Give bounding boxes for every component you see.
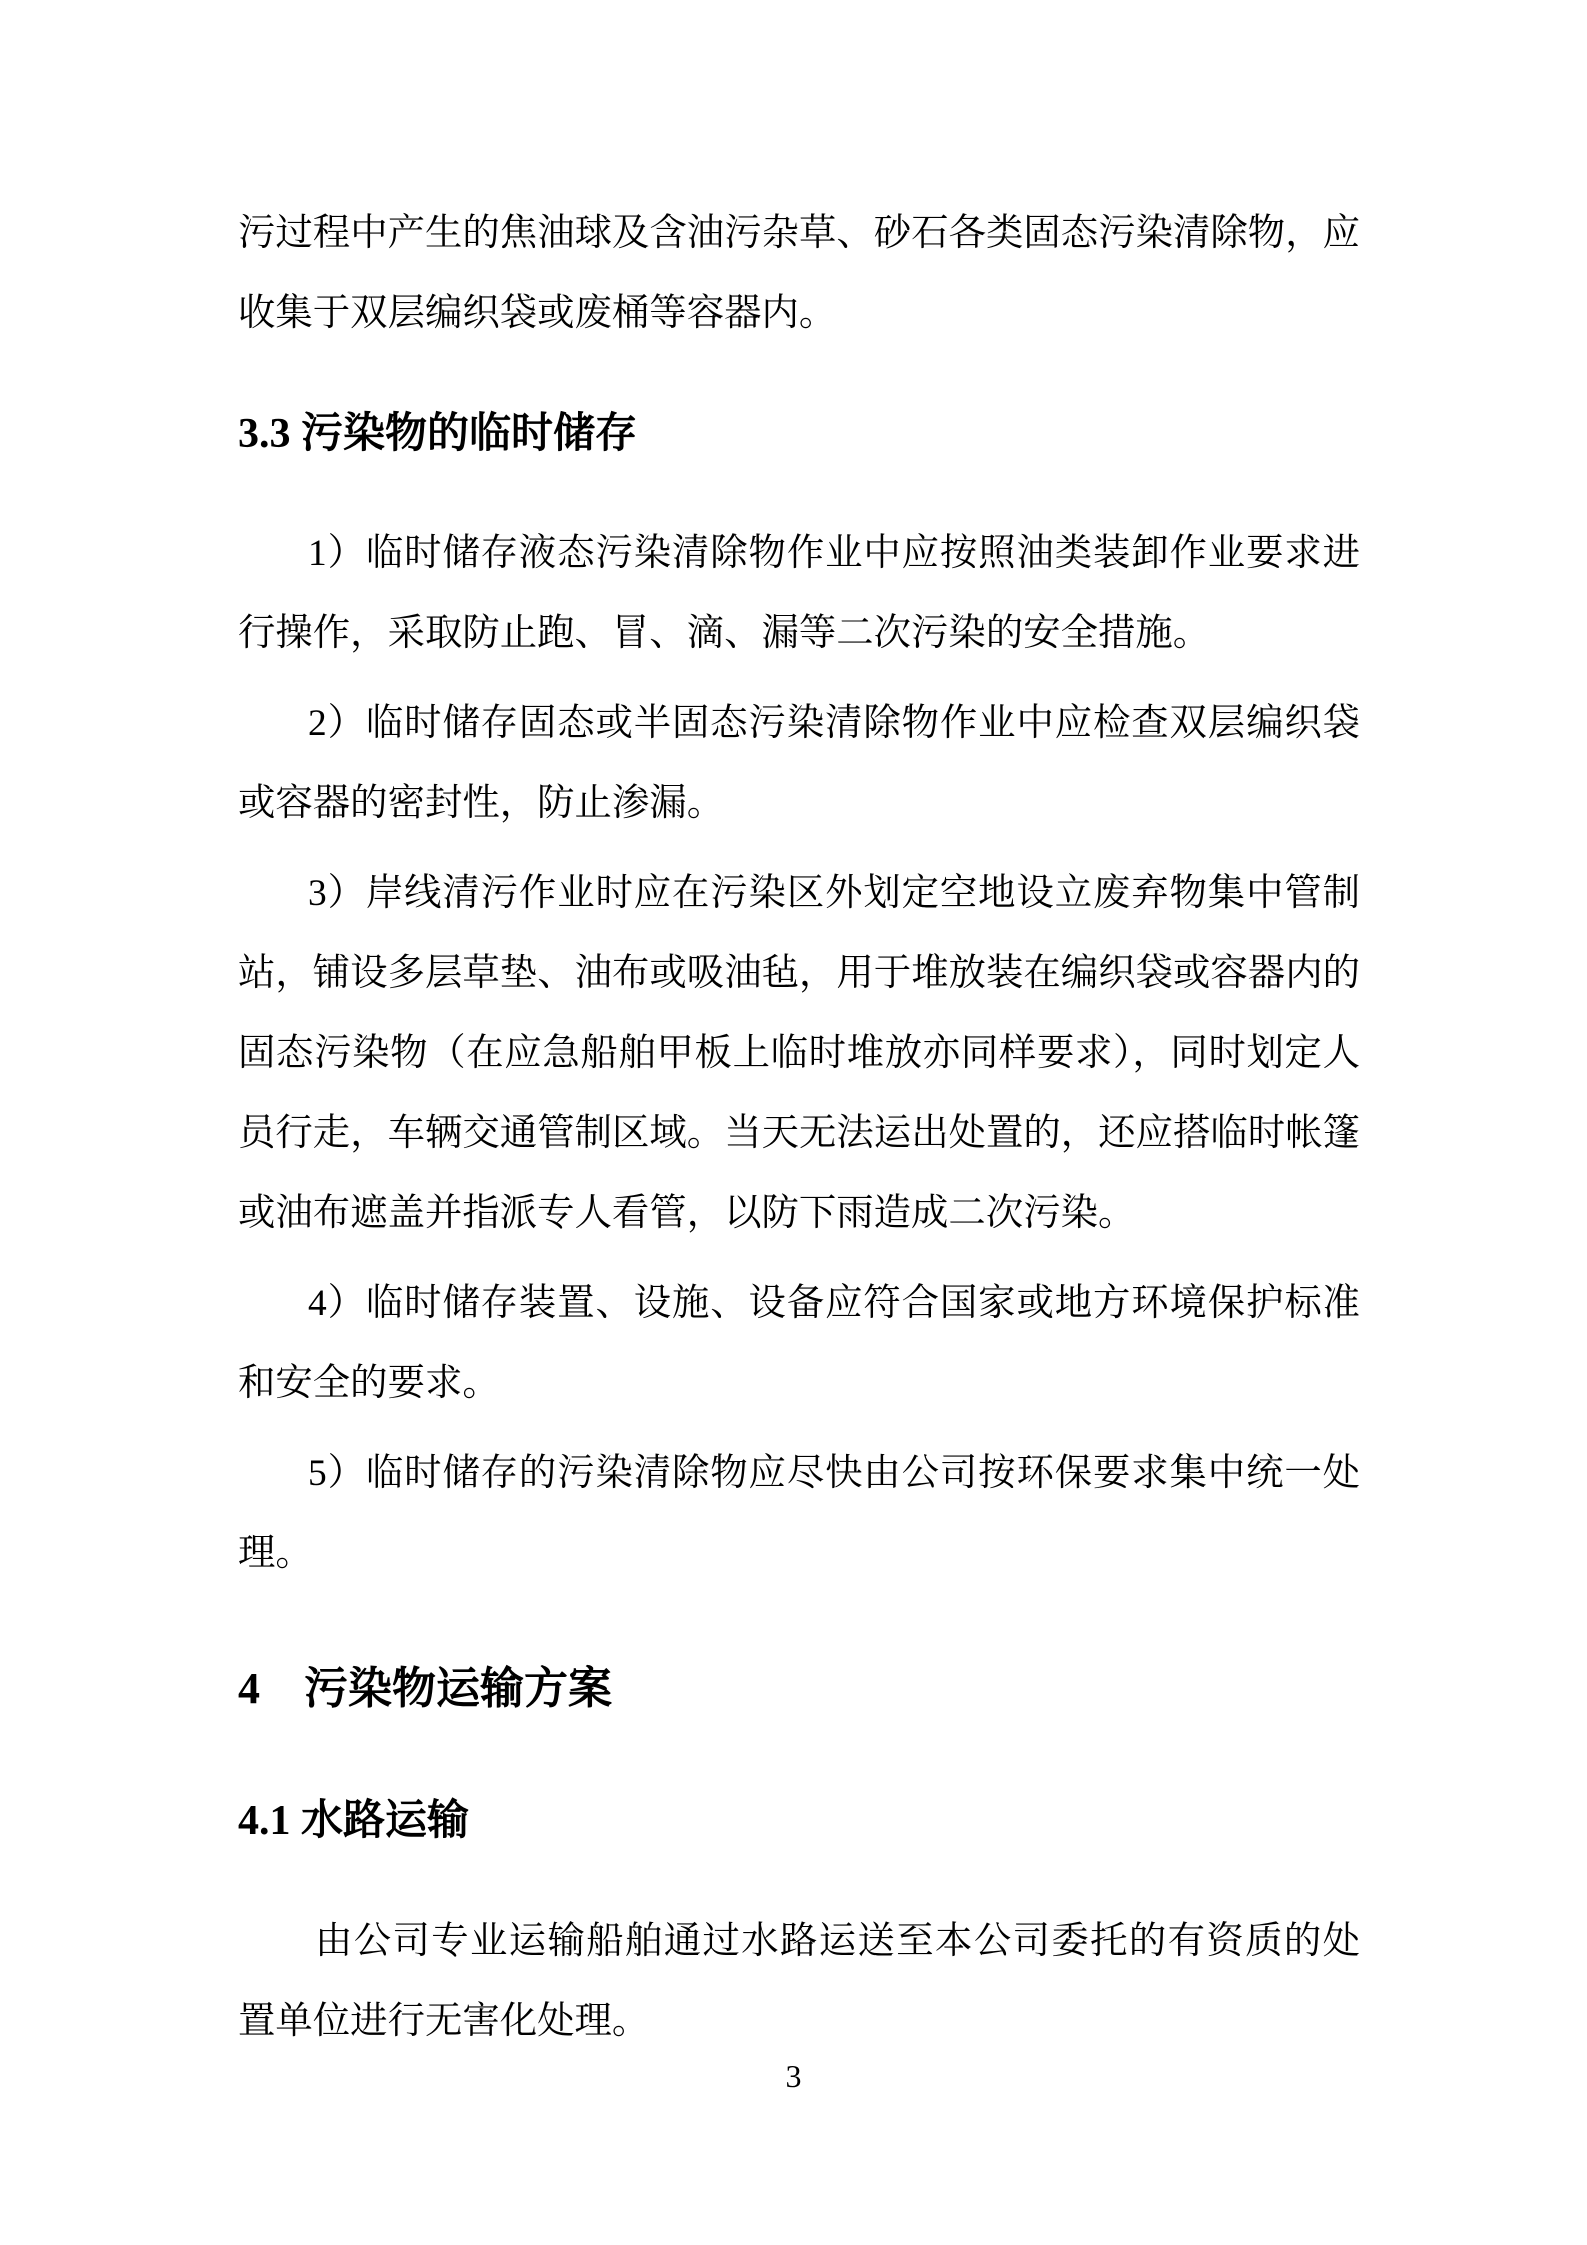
document-page: 污过程中产生的焦油球及含油污杂草、砂石各类固态污染清除物，应收集于双层编织袋或废… bbox=[0, 0, 1587, 2245]
list-item-5: 5）临时储存的污染清除物应尽快由公司按环保要求集中统一处理。 bbox=[238, 1434, 1360, 1594]
list-item-1: 1）临时储存液态污染清除物作业中应按照油类装卸作业要求进行操作，采取防止跑、冒、… bbox=[238, 514, 1360, 674]
page-number: 3 bbox=[0, 2056, 1587, 2096]
heading-3-3-temporary-storage: 3.3 污染物的临时储存 bbox=[238, 394, 1360, 474]
paragraph-water-transport: 由公司专业运输船舶通过水路运送至本公司委托的有资质的处置单位进行无害化处理。 bbox=[238, 1902, 1360, 2062]
list-item-4: 4）临时储存装置、设施、设备应符合国家或地方环境保护标准和安全的要求。 bbox=[238, 1264, 1360, 1424]
list-item-3: 3）岸线清污作业时应在污染区外划定空地设立废弃物集中管制站，铺设多层草垫、油布或… bbox=[238, 854, 1360, 1254]
heading-4-transport-plan: 4 污染物运输方案 bbox=[238, 1649, 1360, 1729]
list-item-2: 2）临时储存固态或半固态污染清除物作业中应检查双层编织袋或容器的密封性，防止渗漏… bbox=[238, 684, 1360, 844]
paragraph-continuation: 污过程中产生的焦油球及含油污杂草、砂石各类固态污染清除物，应收集于双层编织袋或废… bbox=[238, 194, 1360, 354]
heading-4-1-water-transport: 4.1 水路运输 bbox=[238, 1781, 1360, 1861]
